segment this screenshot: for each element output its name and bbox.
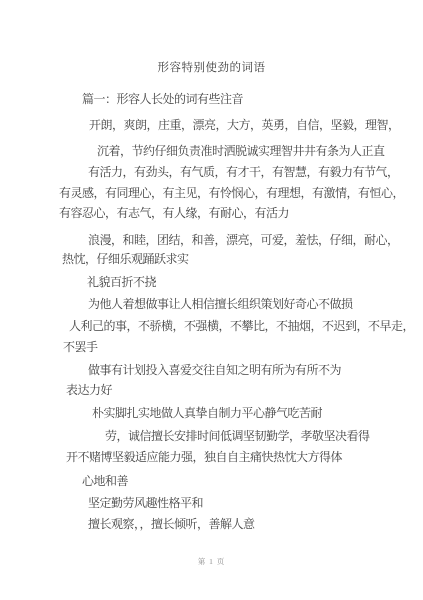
text-line: 坚定勤劳风趣性格平和 (88, 494, 203, 511)
text-line: 篇一：形容人长处的词有些注音 (82, 90, 243, 107)
page-title: 形容特别使劲的词语 (0, 59, 423, 75)
document-page: 形容特别使劲的词语 篇一：形容人长处的词有些注音 开朗，爽朗，庄重，漂亮，大方，… (0, 0, 423, 600)
text-line: 心地和善 (82, 472, 128, 489)
text-line: 浪漫，和睦，团结，和善，漂亮，可爱，羞怯，仔细，耐心， (88, 231, 399, 248)
text-line: 劳，诚信擅长安排时间低调坚韧勤学，孝敬坚决看得 (105, 427, 370, 444)
page-number: 第 1 页 (0, 556, 423, 567)
text-line: 有灵感，有同理心，有主见，有怜悯心，有理想，有激情，有恒心， (59, 184, 404, 201)
text-line: 擅长观察，，擅长倾听，善解人意 (88, 515, 255, 532)
text-line: 人利己的事，不骄横，不强横，不攀比，不抽烟，不迟到，不早走， (69, 317, 414, 334)
text-line: 为他人着想做事让人相信擅长组织策划好奇心不做损 (88, 295, 353, 312)
text-line: 热忱，仔细乐观踊跃求实 (62, 250, 189, 267)
text-line: 做事有计划投入喜爱交往自知之明有所为有所不为 (88, 361, 341, 378)
text-line: 有容忍心，有志气，有人缘，有耐心，有活力 (59, 204, 289, 221)
text-line: 礼貌百折不挠 (87, 273, 156, 290)
text-line: 不罢手 (63, 338, 98, 355)
text-line: 朴实脚扎实地做人真挚自制力平心静气吃苦耐 (92, 404, 322, 421)
text-line: 表达力好 (66, 381, 112, 398)
text-line: 开不赌博坚毅适应能力强，独自自主痛快热忱大方得体 (66, 448, 342, 465)
text-line: 有活力，有劲头，有气质，有才干，有智慧，有毅力有节气， (88, 163, 399, 180)
text-line: 开朗，爽朗，庄重，漂亮，大方，英勇，自信，坚毅，理智， (89, 116, 400, 133)
text-line: 沉着，节约仔细负责准时洒脱诚实理智井井有条为人正直 (97, 142, 385, 159)
